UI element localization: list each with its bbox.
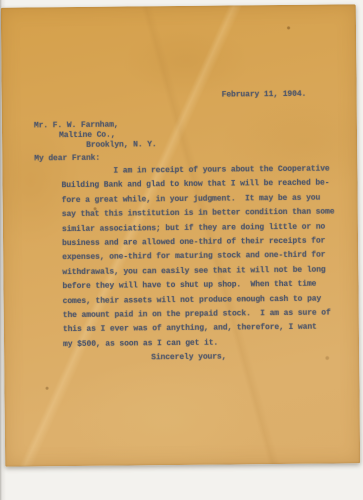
closing: Sincerely yours, bbox=[151, 353, 226, 363]
letter-date: February 11, 1904. bbox=[222, 90, 307, 100]
salutation: My dear Frank: bbox=[34, 154, 100, 164]
recipient-address: Mr. F. W. Farnham, Maltine Co., Brooklyn… bbox=[34, 120, 157, 151]
body-line: my $500, as soon as I can get it. bbox=[63, 335, 336, 352]
letter-text: February 11, 1904. Mr. F. W. Farnham, Ma… bbox=[1, 4, 360, 466]
letter-body: I am in receipt of yours about the Coope… bbox=[61, 163, 335, 353]
document-scan: February 11, 1904. Mr. F. W. Farnham, Ma… bbox=[0, 0, 363, 500]
body-line: this as I ever was of anything, and, the… bbox=[63, 321, 336, 338]
address-line-city: Brooklyn, N. Y. bbox=[86, 140, 157, 151]
letter-paper: February 11, 1904. Mr. F. W. Farnham, Ma… bbox=[1, 4, 360, 466]
